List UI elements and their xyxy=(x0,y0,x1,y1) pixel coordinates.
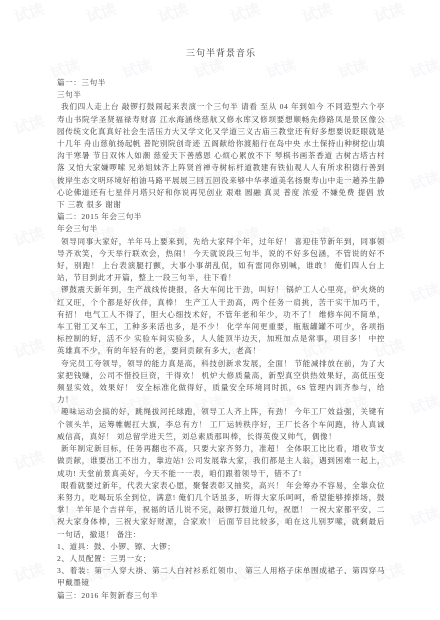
section-2-paragraph: 夸完员工夸领导，领导的能力真是高，科技创新求发展，全面！ 节能减排放在前，为了大… xyxy=(57,358,385,407)
section-3-heading: 篇三：2016 年贺新春三句半 xyxy=(57,590,385,602)
section-2-paragraph: 新年制定新目标，任务再翻也不高，只要大家齐努力，准超！ 全体职工比比看，增收节支… xyxy=(57,443,385,480)
section-1-heading: 篇一：三句半 xyxy=(57,77,385,89)
document-content: 三句半背景音乐 篇一：三句半 三句半 我们四人走上台 敲锣打鼓闹起来表演一个三句… xyxy=(0,0,440,602)
section-2-paragraph: 趣味运动会搞的好，跳绳拔河托球跑，领导工人齐上阵，有劲！ 今年工厂效益强，关键有… xyxy=(57,406,385,443)
document-title: 三句半背景音乐 xyxy=(57,46,385,59)
section-2-paragraph: 领导同事大家好，羊年马上要来到，先给大家拜个年，过年好！ 喜迎佳节新年到，同事领… xyxy=(57,236,385,285)
section-2-paragraph: 锣鼓震天新年到，生产战线传捷报，各大车间比干劲，叫好！ 锅炉工人心里亮，炉火烧的… xyxy=(57,284,385,357)
section-1-paragraph: 我们四人走上台 敲锣打鼓闹起来表演一个三句半 请看 至从 04 年到如今 不同造… xyxy=(57,101,385,211)
section-2-paragraph: 眼看就要过新年，代表大家表心愿，聚餐表彰又抽奖，高兴！ 年会筹办不容易，全靠众位… xyxy=(57,480,385,541)
section-2-note: 1、道具：鼓、小锣、镲、大锣； xyxy=(57,541,385,553)
section-2-heading: 篇二：2015 年会三句半 xyxy=(57,211,385,223)
section-2-subheading: 年会三句半 xyxy=(57,223,385,235)
section-2-note: 3、着装：第一人穿大褂、第二人白衬衫系红领巾、 第三人用格子床单围成裙子、第四穿… xyxy=(57,565,385,589)
section-1-subheading: 三句半 xyxy=(57,89,385,101)
document-page: 试读试读试读试读试读试读试读试读试读试读试读试读试读试读试读试读试读试读试读试读… xyxy=(0,0,440,620)
section-2-note: 2、人员配置：三男一女； xyxy=(57,553,385,565)
